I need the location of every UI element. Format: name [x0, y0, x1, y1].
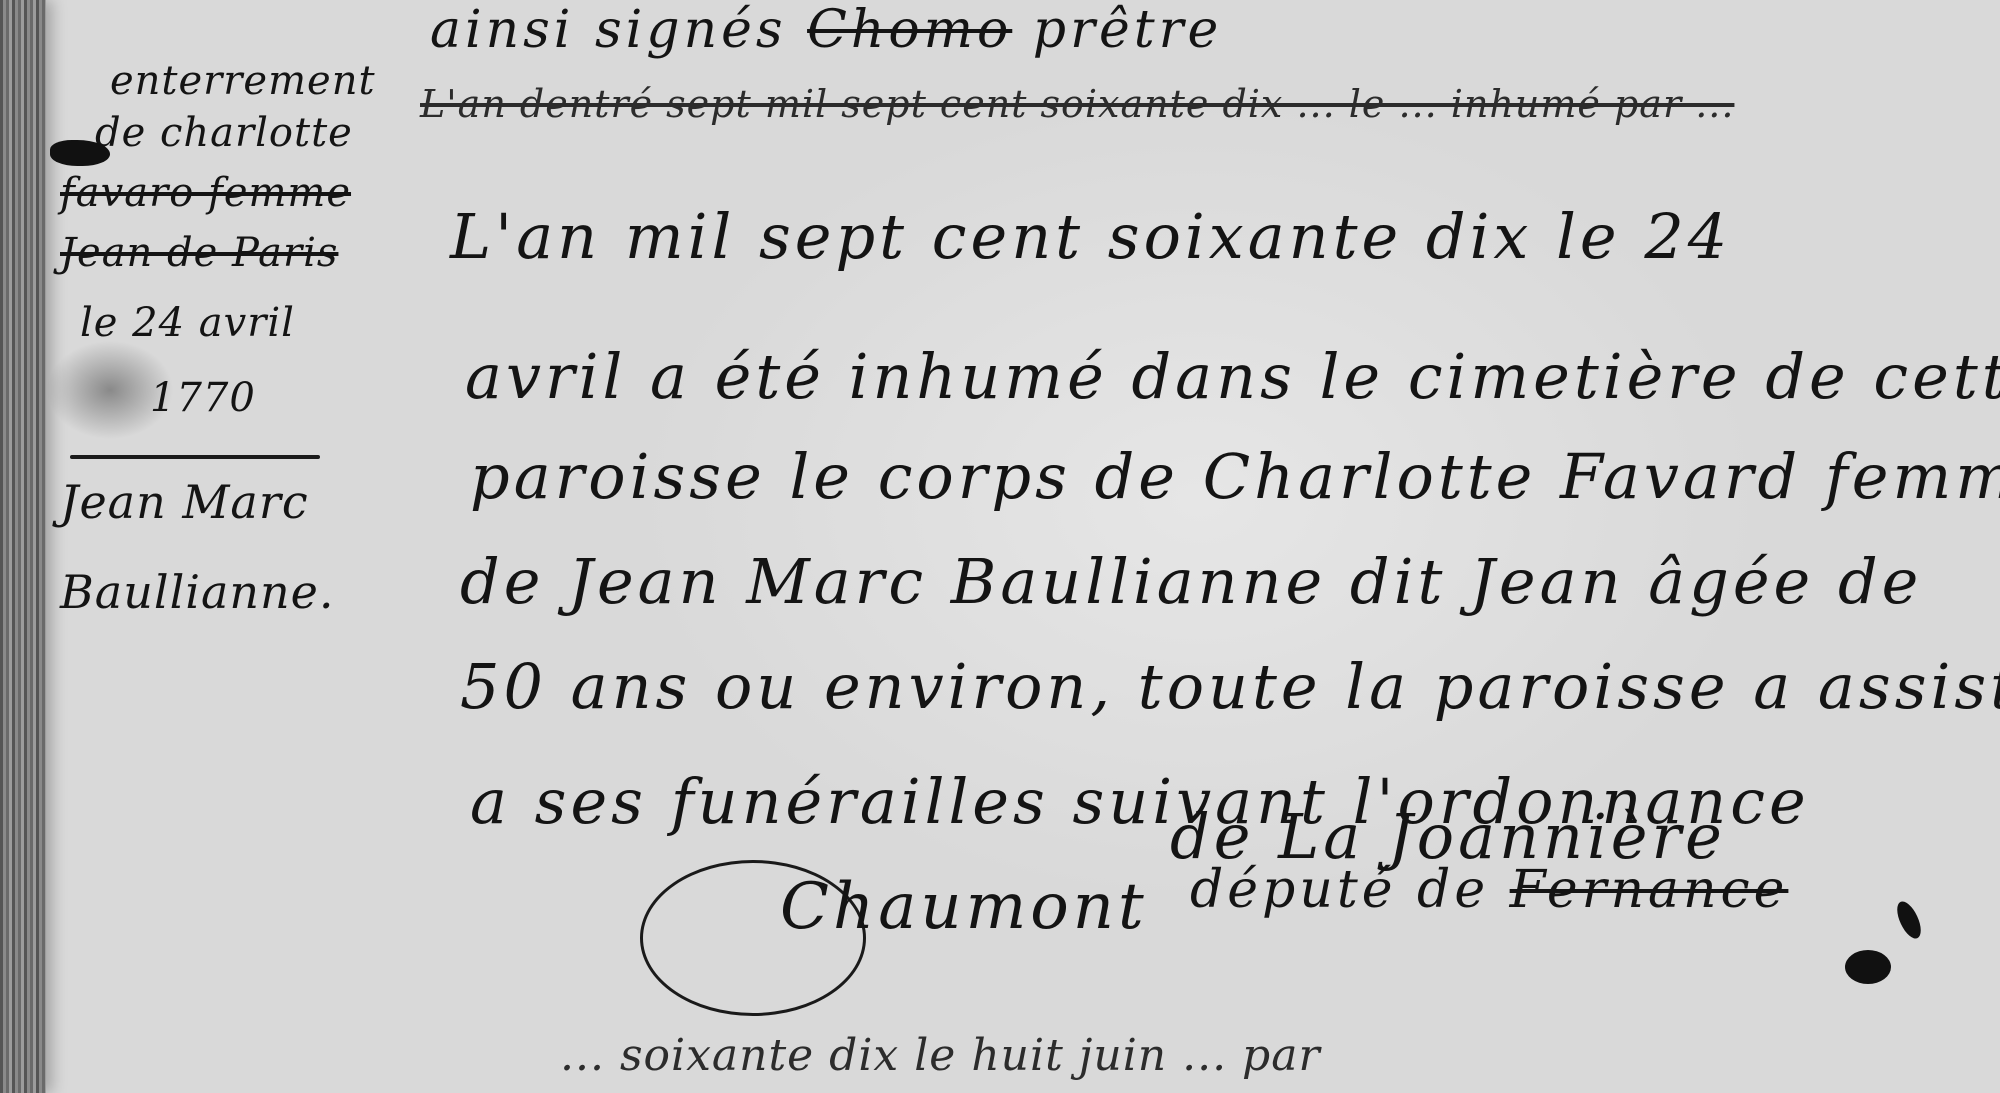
margin-line-4-struck: Jean de Paris [60, 230, 338, 276]
margin-year: 1770 [150, 375, 256, 421]
margin-date: le 24 avril [80, 300, 295, 346]
margin-ink-blot [50, 140, 110, 166]
header-signed-text: ainsi signés [430, 0, 787, 60]
header-struck-word: Chomo [807, 0, 1012, 60]
next-entry-fragment: ... soixante dix le huit juin ... par [560, 1030, 1321, 1081]
header-signed: ainsi signés Chomo prêtre [430, 0, 1222, 60]
entry-line-1: L'an mil sept cent soixante dix le 24 [450, 200, 1731, 273]
signature-name: Chaumont [780, 870, 1148, 944]
margin-name-2: Baullianne. [60, 565, 335, 619]
ink-blot [1845, 950, 1891, 984]
signature-title: député de Fernance [1190, 860, 1788, 920]
book-binding-edge [0, 0, 46, 1093]
margin-line-3-struck: favaro femme [60, 170, 351, 216]
ink-drop [1892, 898, 1925, 942]
entry-line-3: paroisse le corps de Charlotte Favard fe… [470, 440, 2000, 513]
manuscript-page: enterrement de charlotte favaro femme Je… [0, 0, 2000, 1093]
margin-line-1: enterrement [110, 58, 376, 104]
margin-name-1: Jean Marc [60, 475, 309, 529]
margin-line-2: de charlotte [95, 110, 353, 156]
entry-line-5: 50 ans ou environ, toute la paroisse a a… [460, 650, 2000, 723]
entry-line-2: avril a été inhumé dans le cimetière de … [465, 340, 2000, 413]
header-pretre: prêtre [1033, 0, 1222, 60]
margin-underline [70, 455, 320, 459]
header-struck-line: L'an dentré sept mil sept cent soixante … [420, 82, 1734, 126]
signature-title-text: député de [1190, 860, 1489, 920]
entry-line-4: de Jean Marc Baullianne dit Jean âgée de [460, 545, 1922, 618]
signature-title-struck: Fernance [1510, 860, 1789, 920]
